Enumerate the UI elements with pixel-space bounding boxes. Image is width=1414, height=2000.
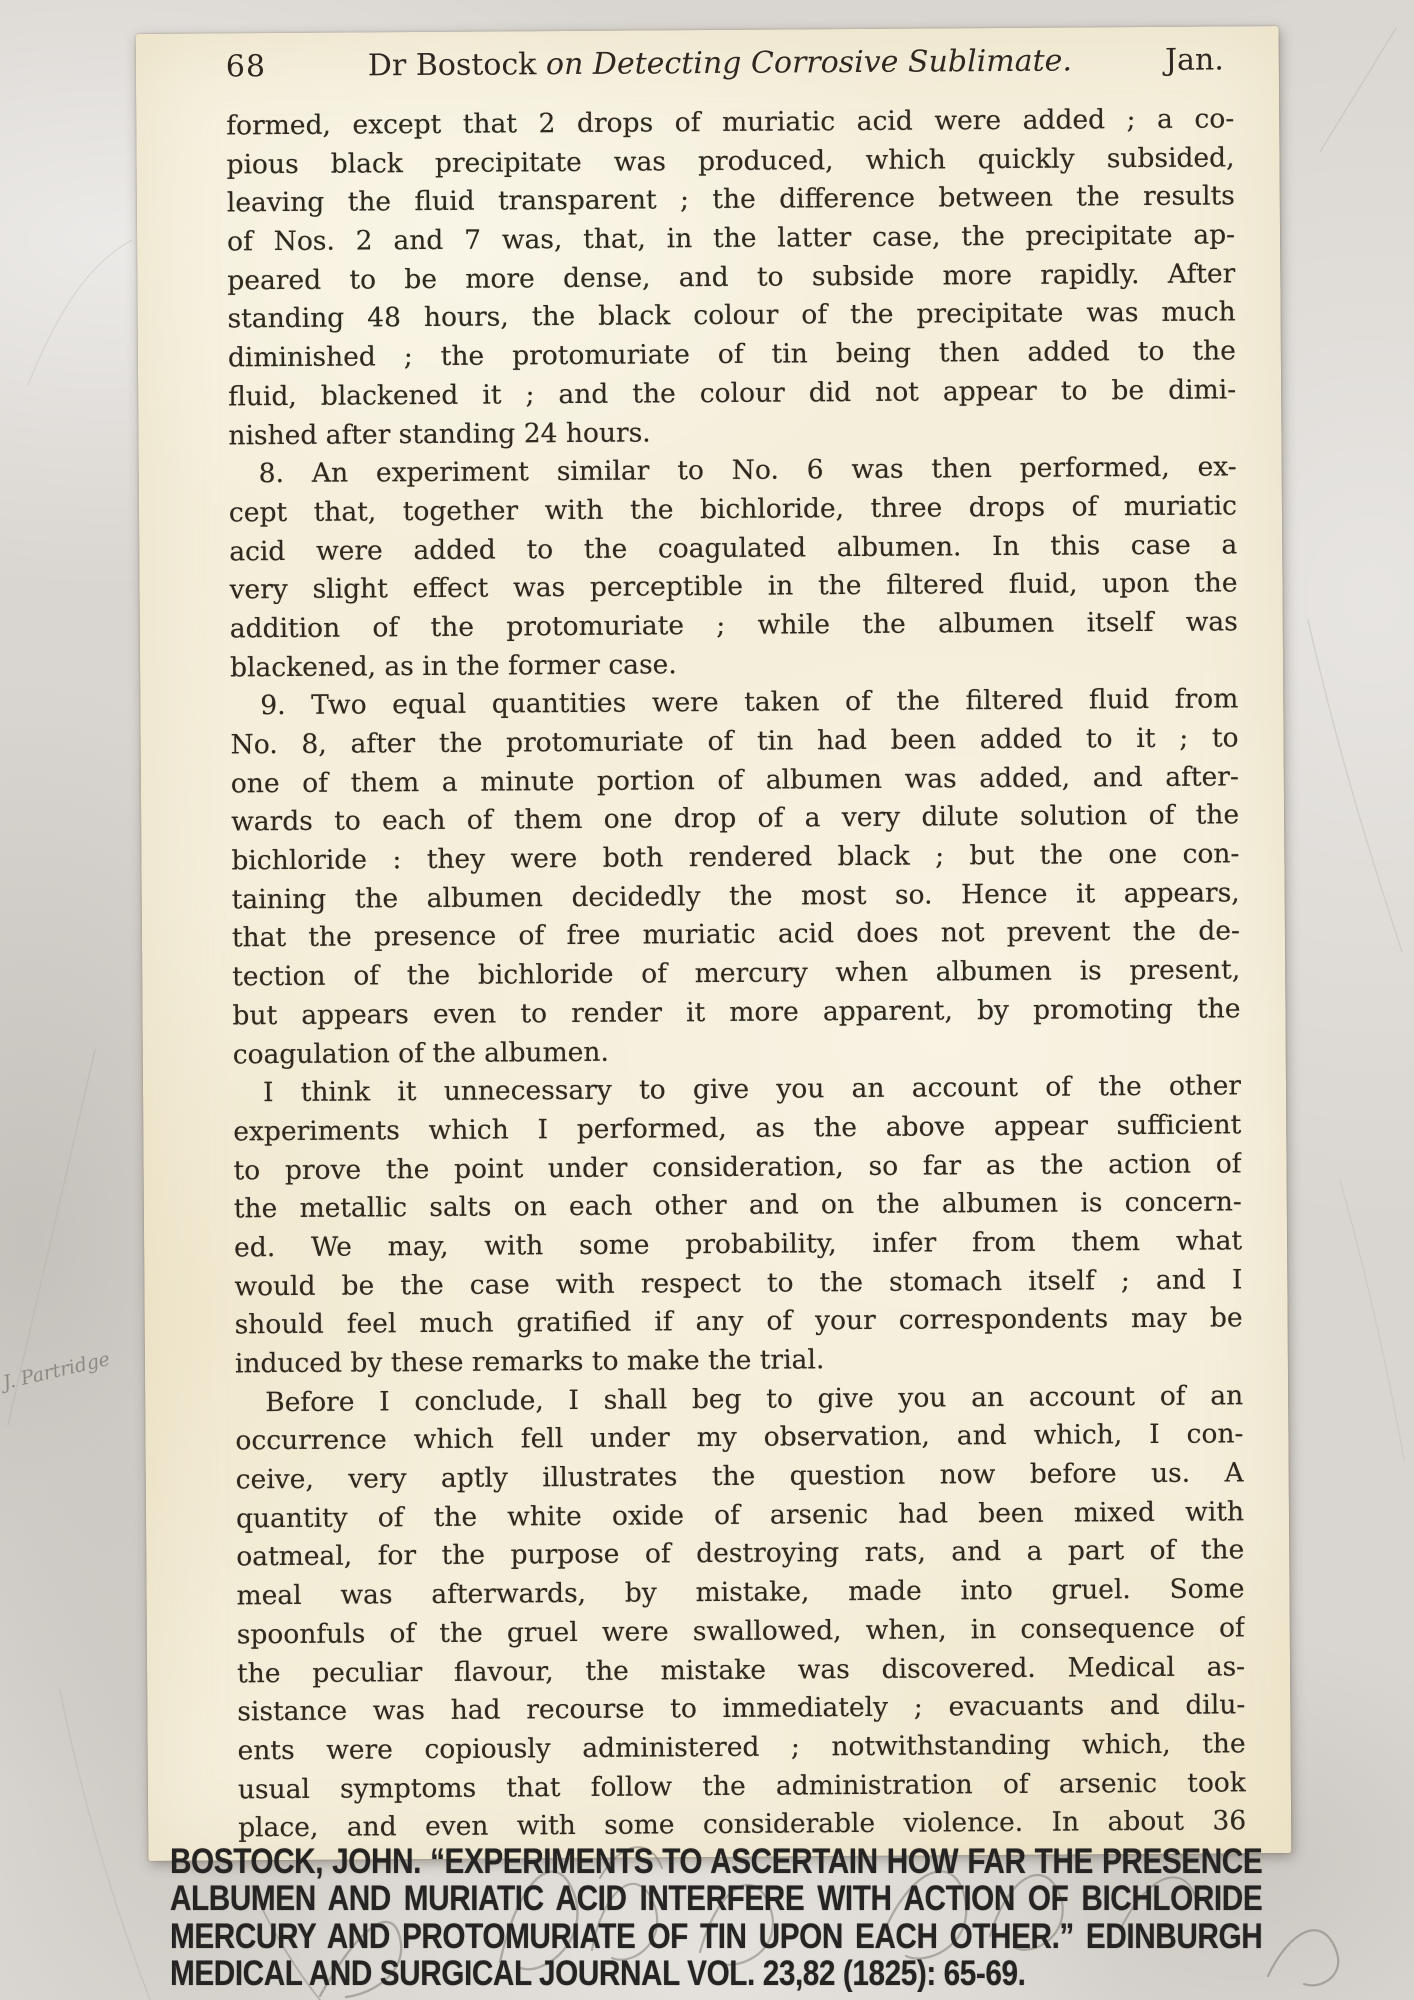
scanned-page: 68 Dr Bostock on Detecting Corrosive Sub… [136,26,1292,1861]
body-text-line: formed, except that 2 drops of muriatic … [226,100,1234,146]
citation-line: ALBUMEN AND MURIATIC ACID INTERFERE WITH… [170,1880,1262,1917]
citation-line: MERCURY AND PROTOMURIATE OF TIN UPON EAC… [170,1918,1262,1955]
body-text-line: ceive, very aptly illustrates the questi… [236,1454,1244,1500]
running-head-title-italic: on Detecting Corrosive Sublimate. [546,43,1072,82]
issue-month: Jan. [1165,42,1224,77]
citation-caption: BOSTOCK, JOHN. “EXPERIMENTS TO ASCERTAIN… [170,1843,1262,1992]
body-text-line: tection of the bichloride of mercury whe… [232,951,1240,997]
page-number: 68 [226,49,266,84]
citation-line: MEDICAL AND SURGICAL JOURNAL VOL. 23,82 … [170,1955,1262,1992]
page-body: formed, except that 2 drops of muriatic … [226,100,1246,1848]
body-text-line: of Nos. 2 and 7 was, that, in the latter… [227,216,1235,262]
body-text-line: experiments which I performed, as the ab… [233,1106,1241,1152]
body-text-line: should feel much gratified if any of you… [235,1300,1243,1346]
body-text-line: addition of the protomuriate ; while the… [230,603,1238,649]
body-text-line: meal was afterwards, by mistake, made in… [236,1570,1244,1616]
body-text-line: but appears even to render it more appar… [232,990,1240,1036]
body-text-line: spoonfuls of the gruel were swallowed, w… [237,1609,1245,1655]
body-text-line: place, and even with some considerable v… [238,1803,1246,1849]
running-head: 68 Dr Bostock on Detecting Corrosive Sub… [226,42,1234,89]
body-text-line: bichloride : they were both rendered bla… [231,835,1239,881]
running-head-title: Dr Bostock on Detecting Corrosive Sublim… [368,43,1072,83]
body-text-line: cept that, together with the bichloride,… [229,487,1237,533]
body-text-line: ents were copiously administered ; notwi… [237,1725,1245,1771]
running-head-title-prefix: Dr Bostock [368,47,546,83]
body-text-line: diminished ; the protomuriate of tin bei… [228,332,1236,378]
body-text-line: No. 8, after the protomuriate of tin had… [230,719,1238,765]
body-text-line: fluid, blackened it ; and the colour did… [228,371,1236,417]
citation-line: BOSTOCK, JOHN. “EXPERIMENTS TO ASCERTAIN… [170,1843,1262,1880]
body-text-line: ed. We may, with some probability, infer… [234,1222,1242,1268]
